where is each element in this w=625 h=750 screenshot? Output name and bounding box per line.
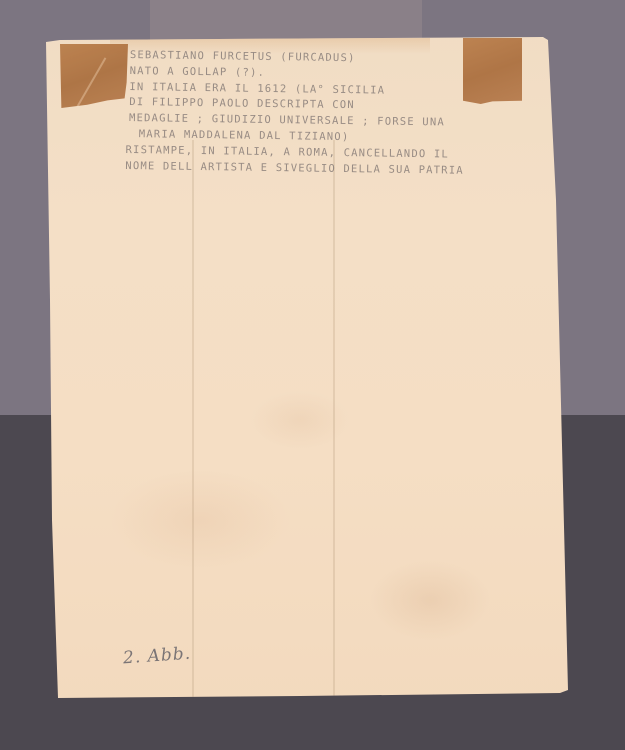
paper-chain-line xyxy=(333,140,335,700)
paper-chain-line xyxy=(192,140,194,700)
pencil-inscription: SEBASTIANO FURCETUS (FURCADUS) NATO A GO… xyxy=(128,48,530,180)
tape-crease xyxy=(76,57,107,108)
tape-left xyxy=(60,44,128,108)
backing-strip xyxy=(150,0,422,40)
